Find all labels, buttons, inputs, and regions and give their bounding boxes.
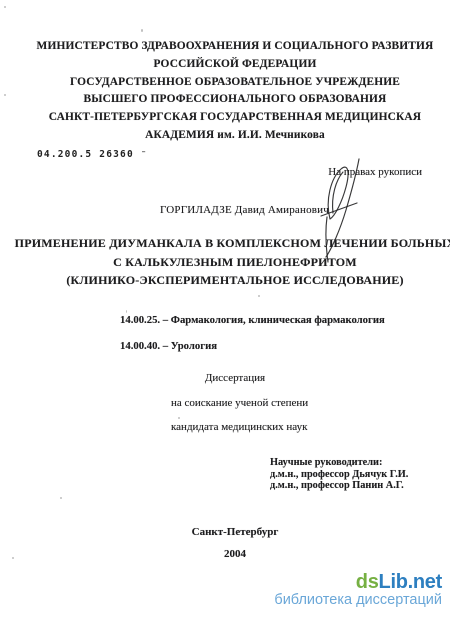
dissertation-title-page: МИНИСТЕРСТВО ЗДРАВООХРАНЕНИЯ И СОЦИАЛЬНО…	[0, 0, 450, 618]
title-line-3: (КЛИНИКО-ЭКСПЕРИМЕНТАЛЬНОЕ ИССЛЕДОВАНИЕ)	[10, 271, 450, 290]
scan-speck	[258, 295, 260, 297]
academy-line-2: АКАДЕМИЯ им. И.И. Мечникова	[10, 127, 450, 145]
education-line: ВЫСШЕГО ПРОФЕССИОНАЛЬНОГО ОБРАЗОВАНИЯ	[10, 91, 450, 109]
author-name: ГОРГИЛАДЗЕ Давид Амиранович	[160, 204, 329, 216]
dslib-logo: dsLib.net	[274, 572, 442, 592]
specialty-urology: 14.00.40. – Урология	[120, 340, 217, 352]
thesis-degree-line-1: на соискание ученой степени	[171, 397, 308, 409]
supervisors-block: Научные руководители: д.м.н., профессор …	[270, 457, 408, 492]
scan-speck	[126, 310, 127, 313]
institution-line: ГОСУДАРСТВЕННОЕ ОБРАЗОВАТЕЛЬНОЕ УЧРЕЖДЕН…	[10, 74, 450, 92]
scan-speck	[178, 417, 180, 419]
dslib-logo-ds: ds	[356, 571, 379, 593]
supervisor-1: д.м.н., профессор Дьячук Г.И.	[270, 469, 408, 481]
dslib-logo-libnet: Lib.net	[379, 571, 442, 593]
federation-line: РОССИЙСКОЙ ФЕДЕРАЦИИ	[10, 56, 450, 74]
scan-speck	[4, 6, 6, 8]
scan-speck	[4, 94, 6, 96]
year: 2004	[10, 548, 450, 560]
dslib-watermark[interactable]: dsLib.net библиотека диссертаций	[274, 572, 442, 608]
dissertation-title: ПРИМЕНЕНИЕ ДИУМАНКАЛА В КОМПЛЕКСНОМ ЛЕЧЕ…	[10, 234, 450, 290]
institution-header: МИНИСТЕРСТВО ЗДРАВООХРАНЕНИЯ И СОЦИАЛЬНО…	[10, 38, 450, 145]
title-line-2: С КАЛЬКУЛЕЗНЫМ ПИЕЛОНЕФРИТОМ	[10, 253, 450, 272]
city: Санкт-Петербург	[10, 526, 450, 538]
scan-speck	[60, 497, 62, 499]
specialty-pharmacology: 14.00.25. – Фармакология, клиническая фа…	[120, 314, 385, 326]
supervisors-heading: Научные руководители:	[270, 457, 408, 469]
supervisor-2: д.м.н., профессор Панин А.Г.	[270, 480, 408, 492]
library-stamp: 04.200.5 26360 ⁻	[37, 149, 148, 161]
scan-speck	[141, 29, 143, 32]
thesis-type: Диссертация	[10, 372, 450, 384]
thesis-degree-line-2: кандидата медицинских наук	[171, 421, 307, 433]
ministry-line: МИНИСТЕРСТВО ЗДРАВООХРАНЕНИЯ И СОЦИАЛЬНО…	[10, 38, 450, 56]
dslib-tagline: библиотека диссертаций	[274, 592, 442, 608]
title-line-1: ПРИМЕНЕНИЕ ДИУМАНКАЛА В КОМПЛЕКСНОМ ЛЕЧЕ…	[10, 234, 450, 253]
academy-line-1: САНКТ-ПЕТЕРБУРГСКАЯ ГОСУДАРСТВЕННАЯ МЕДИ…	[10, 109, 450, 127]
